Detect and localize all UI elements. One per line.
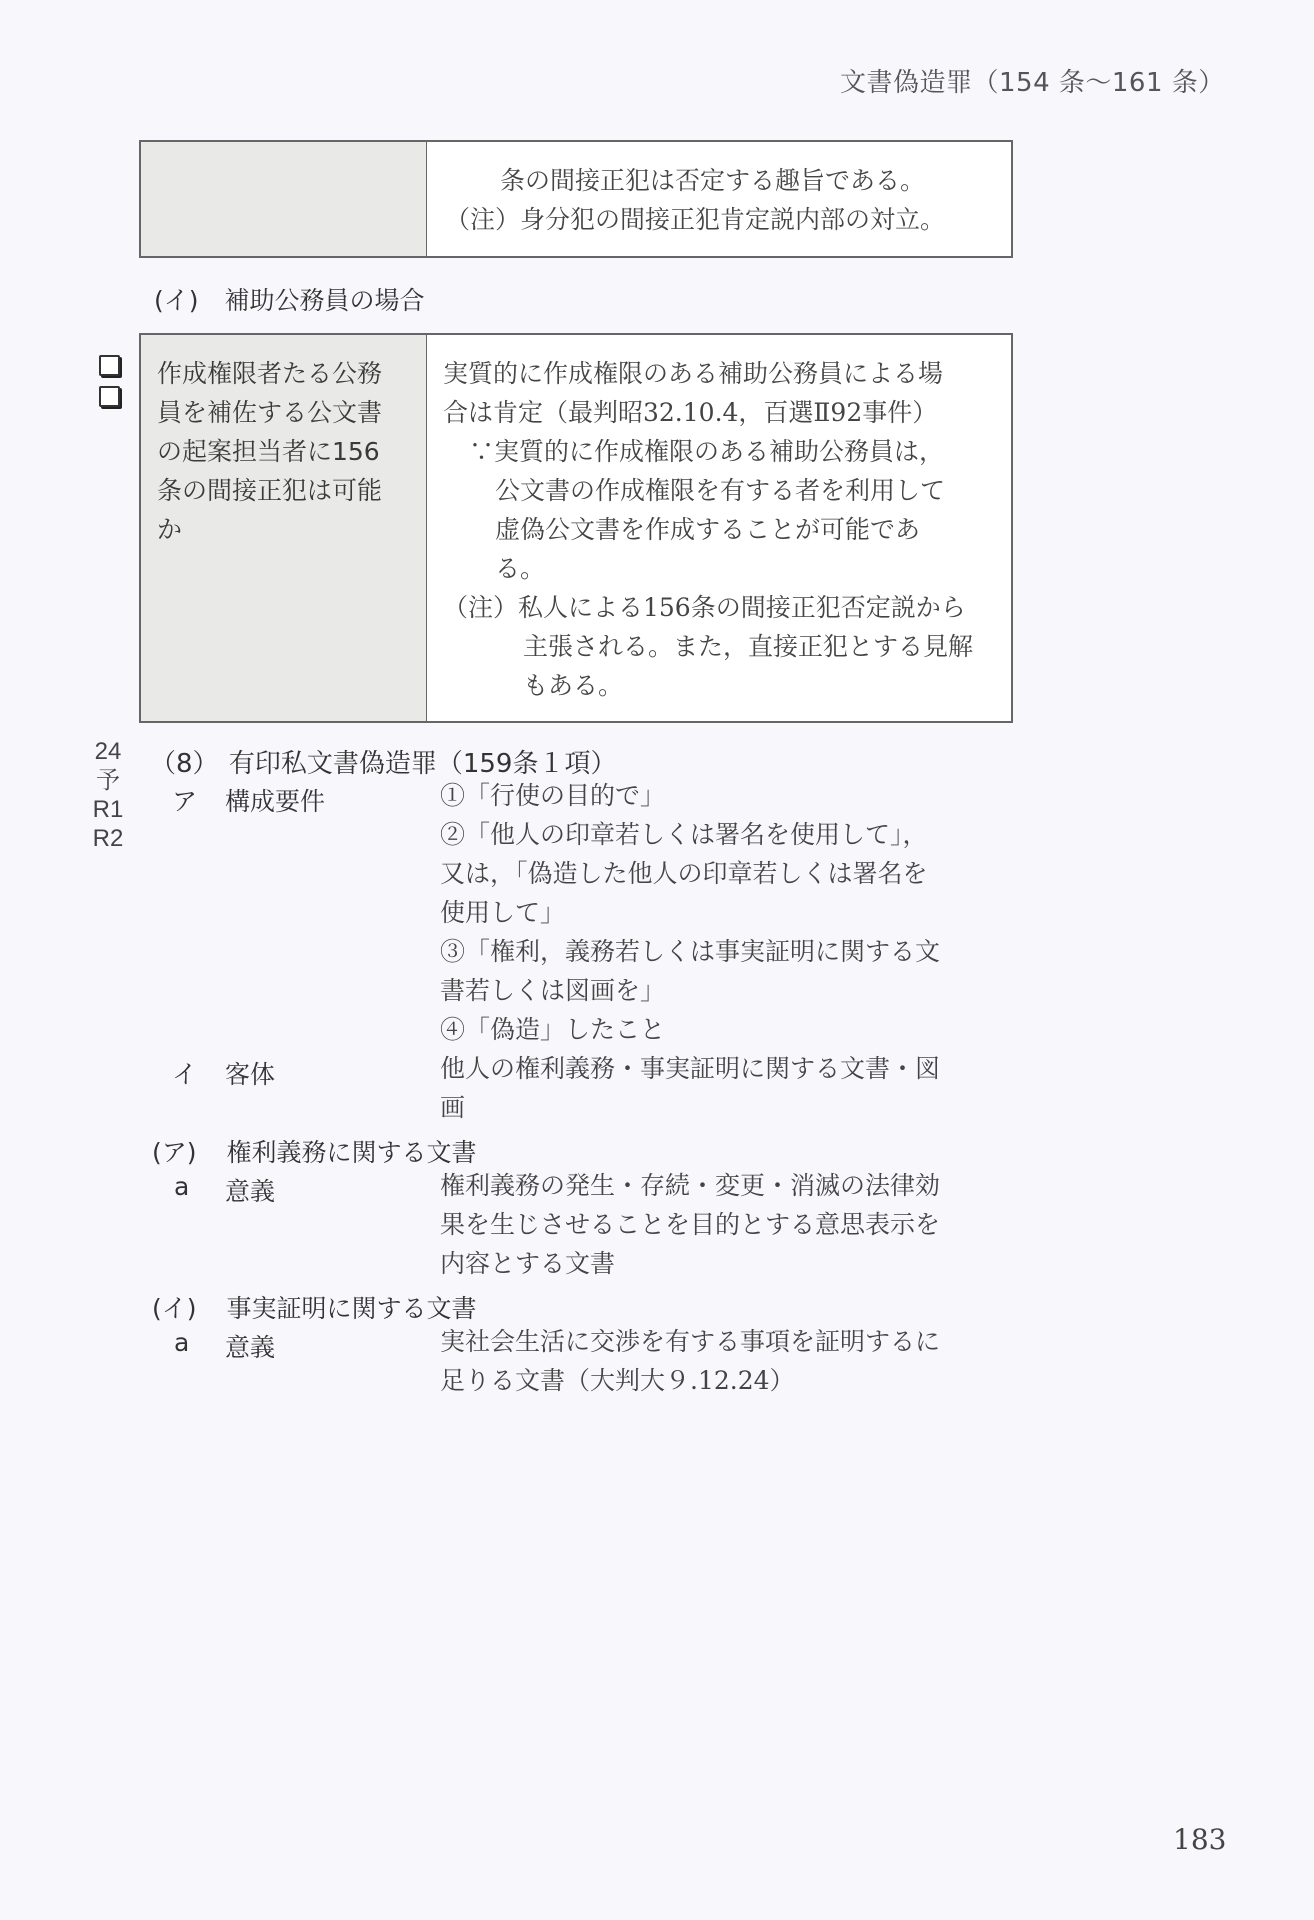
answer-line: 実質的に作成権限のある補助公務員による場 xyxy=(443,354,943,393)
subsection-marker: (ア) xyxy=(152,1138,197,1167)
requirement-line: 書若しくは図画を」 xyxy=(440,971,940,1010)
table-continued-right-cell: 条の間接正犯は否定する趣旨である。 （注）身分犯の間接正犯肯定説内部の対立。 xyxy=(427,142,1011,256)
item-label-meaning: 意義 xyxy=(225,1328,275,1364)
qa-answer-cell: 実質的に作成権限のある補助公務員による場 合は肯定（最判昭32.10.4，百選Ⅱ… xyxy=(427,335,1011,721)
subsection-marker: (イ) xyxy=(152,1294,197,1323)
question-line: 員を補佐する公文書 xyxy=(157,393,382,432)
answer-note-line: 主張される。また，直接正犯とする見解 xyxy=(523,627,973,666)
question-line: の起案担当者に156 xyxy=(157,432,380,471)
page-number: 183 xyxy=(1173,1823,1226,1856)
requirement-line: 使用して」 xyxy=(440,893,940,932)
table-continued-left-cell xyxy=(141,142,427,256)
table-continued: 条の間接正犯は否定する趣旨である。 （注）身分犯の間接正犯肯定説内部の対立。 xyxy=(139,140,1013,258)
question-line: 作成権限者たる公務 xyxy=(157,354,382,393)
exam-note: R2 xyxy=(88,824,128,853)
exam-note: 24 xyxy=(88,737,128,766)
section-title: 補助公務員の場合 xyxy=(224,286,424,315)
answer-reason-line: 公文書の作成権限を有する者を利用して xyxy=(495,471,945,510)
object-line: 画 xyxy=(440,1088,940,1127)
answer-reason-line: ∵実質的に作成権限のある補助公務員は， xyxy=(469,432,944,471)
table-continued-line-1: 条の間接正犯は否定する趣旨である。 xyxy=(500,161,925,200)
meaning-text-facts: 実社会生活に交渉を有する事項を証明するに 足りる文書（大判大９.12.24） xyxy=(440,1322,940,1400)
section-marker: （8） xyxy=(150,749,219,779)
question-line: 条の間接正犯は可能 xyxy=(157,471,382,510)
meaning-line: 足りる文書（大判大９.12.24） xyxy=(440,1361,940,1400)
running-head: 文書偽造罪（154 条〜161 条） xyxy=(840,62,1225,99)
section-heading-hojo: (イ) 補助公務員の場合 xyxy=(154,281,424,317)
meaning-line: 内容とする文書 xyxy=(440,1244,940,1283)
exam-note: 予 xyxy=(88,766,128,795)
meaning-line: 実社会生活に交渉を有する事項を証明するに xyxy=(440,1322,940,1361)
exam-year-notes: 24 予 R1 R2 xyxy=(88,737,128,853)
meaning-line: 権利義務の発生・存続・変更・消滅の法律効 xyxy=(440,1166,940,1205)
review-checkbox-2[interactable] xyxy=(99,386,120,407)
item-marker: a xyxy=(174,1328,189,1357)
item-label-requirements: 構成要件 xyxy=(225,782,325,818)
section-heading-8: （8） 有印私文書偽造罪（159条１項） xyxy=(150,743,616,780)
item-marker: a xyxy=(174,1172,189,1201)
item-marker-a: ア xyxy=(172,782,197,818)
item-marker-i: イ xyxy=(172,1055,197,1091)
qa-question-cell: 作成権限者たる公務 員を補佐する公文書 の起案担当者に156 条の間接正犯は可能… xyxy=(141,335,427,721)
answer-note-line: （注）私人による156条の間接正犯否定説から xyxy=(443,588,966,627)
qa-table: 作成権限者たる公務 員を補佐する公文書 の起案担当者に156 条の間接正犯は可能… xyxy=(139,333,1013,723)
object-line: 他人の権利義務・事実証明に関する文書・図 xyxy=(440,1049,940,1088)
item-label-meaning: 意義 xyxy=(225,1172,275,1208)
table-continued-note: （注）身分犯の間接正犯肯定説内部の対立。 xyxy=(445,200,945,239)
requirement-line: ②「他人の印章若しくは署名を使用して」， xyxy=(440,815,940,854)
subsection-heading-rights: (ア) 権利義務に関する文書 xyxy=(152,1133,476,1169)
answer-reason-line: 虚偽公文書を作成することが可能であ xyxy=(495,510,920,549)
question-line: か xyxy=(157,510,182,549)
object-text: 他人の権利義務・事実証明に関する文書・図 画 xyxy=(440,1049,940,1127)
answer-line: 合は肯定（最判昭32.10.4，百選Ⅱ92事件） xyxy=(443,393,937,432)
requirements-list: ①「行使の目的で」 ②「他人の印章若しくは署名を使用して」， 又は，「偽造した他… xyxy=(440,776,940,1049)
subsection-title: 権利義務に関する文書 xyxy=(226,1138,476,1167)
answer-note-line: もある。 xyxy=(523,666,623,705)
subsection-heading-facts: (イ) 事実証明に関する文書 xyxy=(152,1289,476,1325)
requirement-line: ④「偽造」したこと xyxy=(440,1010,940,1049)
requirement-line: ③「権利，義務若しくは事実証明に関する文 xyxy=(440,932,940,971)
answer-reason-line: る。 xyxy=(495,549,545,588)
subsection-title: 事実証明に関する文書 xyxy=(226,1294,476,1323)
review-checkbox-1[interactable] xyxy=(99,355,120,376)
item-label-object: 客体 xyxy=(225,1055,275,1091)
exam-note: R1 xyxy=(88,795,128,824)
section-title: 有印私文書偽造罪（159条１項） xyxy=(229,749,617,779)
meaning-line: 果を生じさせることを目的とする意思表示を xyxy=(440,1205,940,1244)
requirement-line: 又は，「偽造した他人の印章若しくは署名を xyxy=(440,854,940,893)
requirement-line: ①「行使の目的で」 xyxy=(440,776,940,815)
meaning-text-rights: 権利義務の発生・存続・変更・消滅の法律効 果を生じさせることを目的とする意思表示… xyxy=(440,1166,940,1283)
section-marker: (イ) xyxy=(154,286,199,315)
